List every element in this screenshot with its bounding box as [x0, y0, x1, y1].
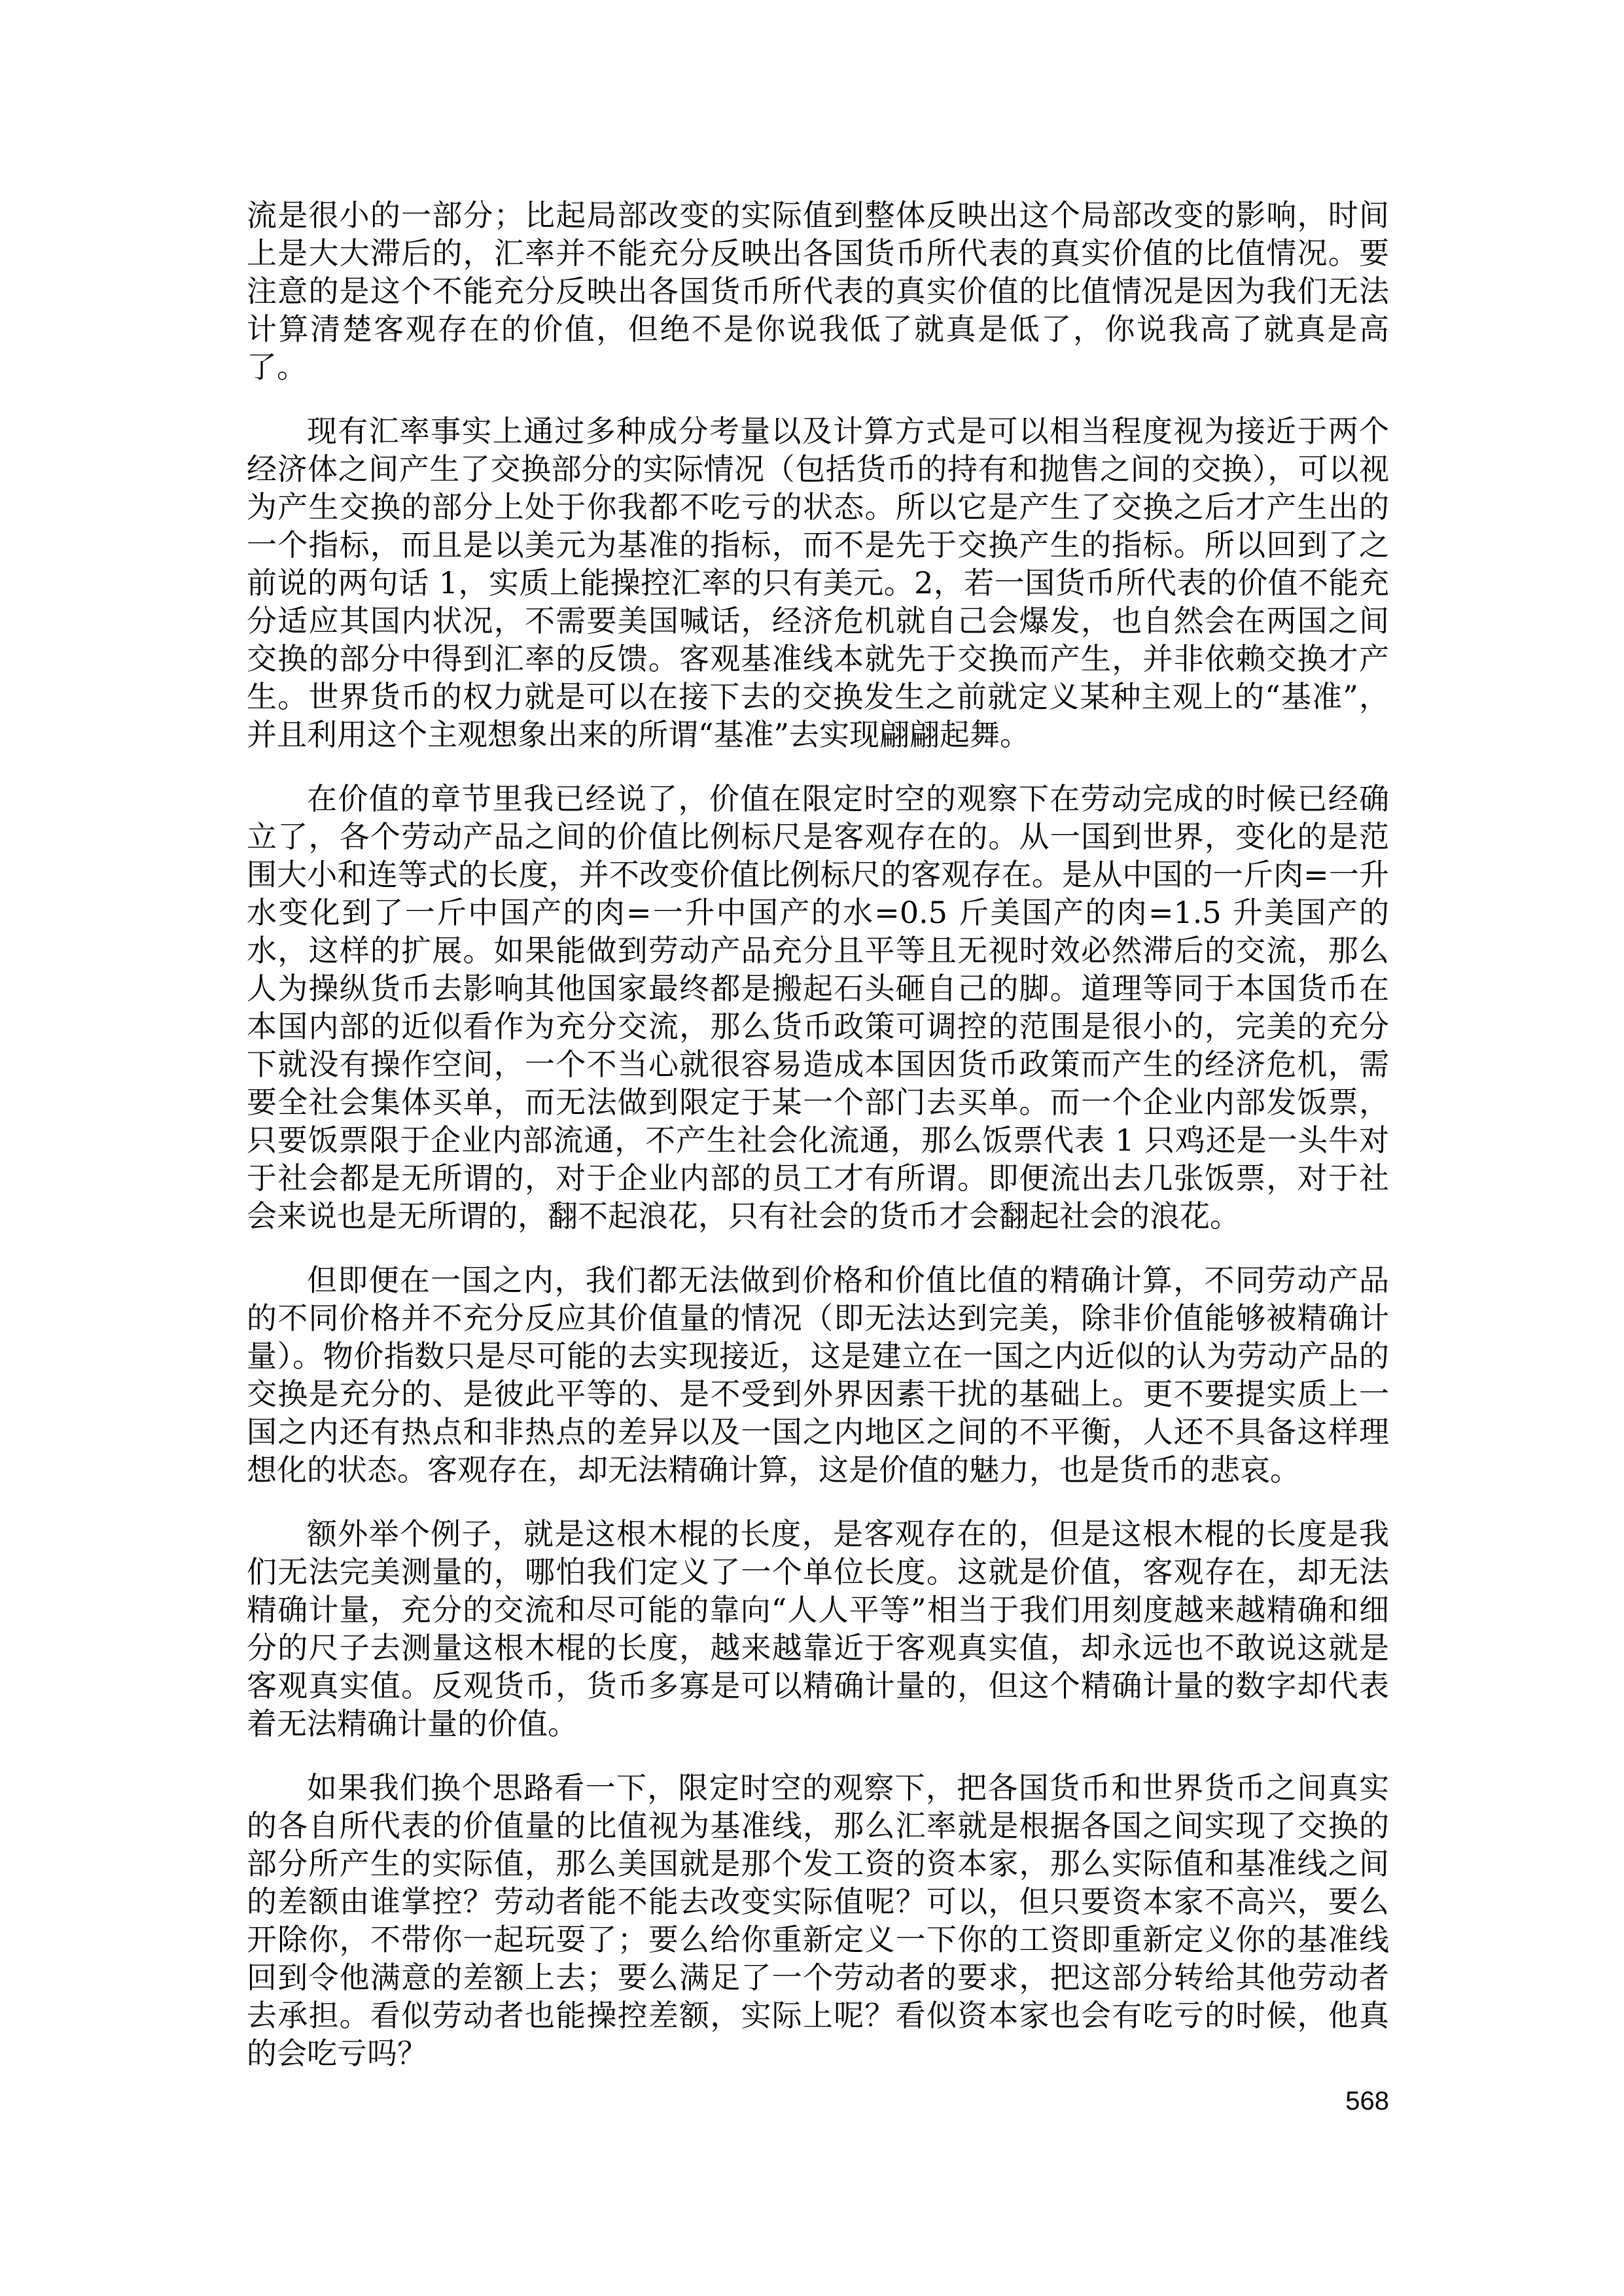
paragraph-wooden-stick-example: 额外举个例子，就是这根木棍的长度，是客观存在的，但是这根木棍的长度是我们无法完美…: [247, 1515, 1389, 1743]
paragraph-baseline-capitalist: 如果我们换个思路看一下，限定时空的观察下，把各国货币和世界货币之间真实的各自所代…: [247, 1769, 1389, 2072]
page-number: 568: [1345, 2087, 1389, 2115]
paragraph-exchange-rate: 现有汇率事实上通过多种成分考量以及计算方式是可以相当程度视为接近于两个经济体之间…: [247, 412, 1389, 754]
paragraph-value-chapter: 在价值的章节里我已经说了，价值在限定时空的观察下在劳动完成的时候已经确立了，各个…: [247, 780, 1389, 1235]
document-page: 流是很小的一部分；比起局部改变的实际值到整体反映出这个局部改变的影响，时间上是大…: [0, 0, 1624, 2296]
paragraph-continuation: 流是很小的一部分；比起局部改变的实际值到整体反映出这个局部改变的影响，时间上是大…: [247, 196, 1389, 386]
paragraph-price-value-ratio: 但即便在一国之内，我们都无法做到价格和价值比值的精确计算，不同劳动产品的不同价格…: [247, 1261, 1389, 1489]
text-block: 流是很小的一部分；比起局部改变的实际值到整体反映出这个局部改变的影响，时间上是大…: [247, 196, 1389, 2072]
